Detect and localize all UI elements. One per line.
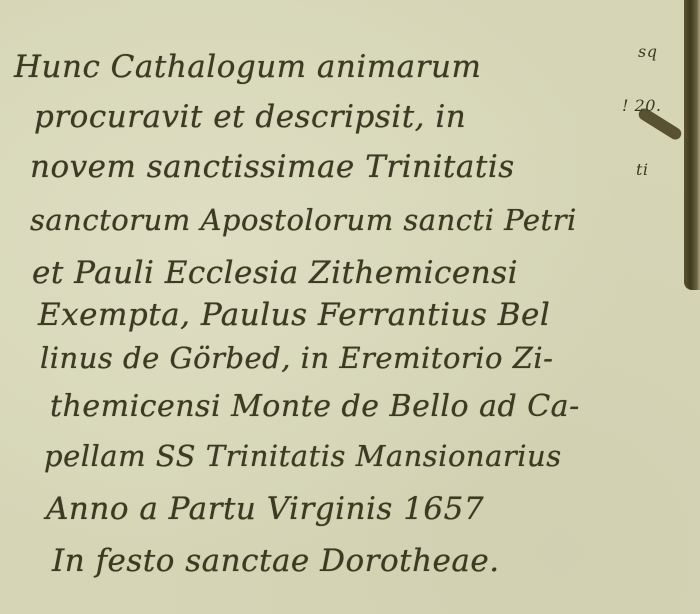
manuscript-line-10: Anno a Partu Virginis 1657: [46, 494, 484, 525]
marginal-annotation-1: sq: [638, 42, 657, 61]
manuscript-line-5: et Pauli Ecclesia Zithemicensi: [32, 258, 518, 289]
manuscript-line-2: procuravit et descripsit, in: [34, 102, 466, 133]
manuscript-line-11: In festo sanctae Dorotheae.: [52, 546, 500, 577]
marginal-annotation-2: ! 20.: [622, 96, 661, 115]
manuscript-line-9: pellam SS Trinitatis Mansionarius: [44, 442, 562, 471]
marginal-annotation-3: ti: [636, 160, 649, 179]
manuscript-page: Hunc Cathalogum animarum procuravit et d…: [0, 0, 700, 614]
manuscript-line-3: novem sanctissimae Trinitatis: [30, 152, 515, 183]
manuscript-line-1: Hunc Cathalogum animarum: [14, 52, 481, 83]
manuscript-line-4: sanctorum Apostolorum sancti Petri: [30, 206, 577, 235]
manuscript-line-8: themicensi Monte de Bello ad Ca-: [50, 392, 580, 422]
manuscript-line-6: Exempta, Paulus Ferrantius Bel: [38, 300, 550, 331]
manuscript-text: Hunc Cathalogum animarum procuravit et d…: [0, 0, 700, 614]
manuscript-line-7: linus de Görbed, in Eremitorio Zi-: [40, 344, 553, 373]
